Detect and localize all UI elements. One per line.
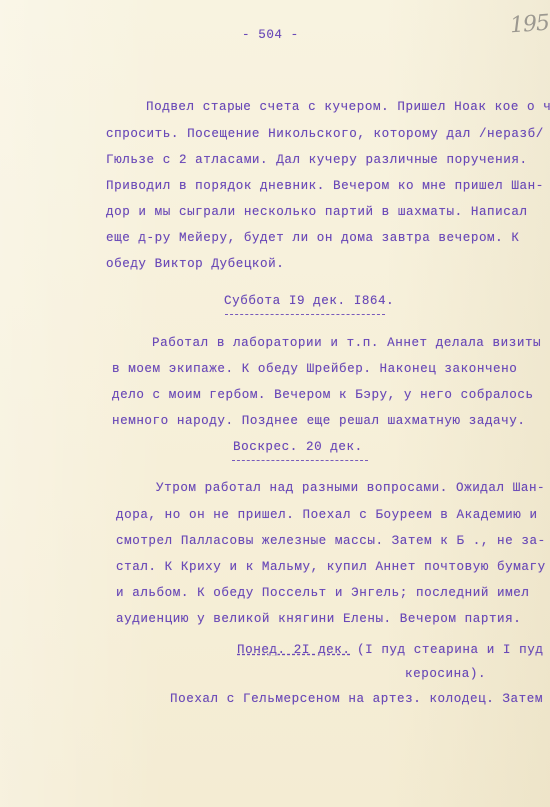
paragraph-1-line: дор и мы сыграли несколько партий в шахм…	[106, 205, 528, 219]
paragraph-1-line: Гюльзе с 2 атласами. Дал кучеру различны…	[106, 153, 528, 167]
heading-underline	[232, 460, 368, 461]
paragraph-3-line: стал. К Криху и к Мальму, купил Аннет по…	[116, 560, 546, 574]
paragraph-1-line: Приводил в порядок дневник. Вечером ко м…	[106, 179, 544, 193]
heading-monday-21-dec: Понед. 2I дек.	[237, 643, 351, 657]
paragraph-2-line: Работал в лаборатории и т.п. Аннет делал…	[152, 336, 541, 350]
paragraph-1-line: еще д-ру Мейеру, будет ли он дома завтра…	[106, 231, 519, 245]
heading-underline	[225, 314, 385, 315]
paragraph-3-line: Утром работал над разными вопросами. Ожи…	[156, 481, 545, 495]
page-number: - 504 -	[242, 28, 299, 42]
paragraph-2-line: немного народу. Позднее еще решал шахмат…	[112, 414, 525, 428]
paragraph-3-line: аудиенцию у великой княгини Елены. Вечер…	[116, 612, 521, 626]
paragraph-3-line: смотрел Палласовы железные массы. Затем …	[116, 534, 546, 548]
heading-note-line-2: керосина).	[405, 667, 486, 681]
heading-saturday-19-dec: Суббота I9 дек. I864.	[224, 294, 394, 308]
paragraph-1-line: обеду Виктор Дубецкой.	[106, 257, 284, 271]
paragraph-4-line: Поехал с Гельмерсеном на артез. колодец.…	[170, 692, 543, 706]
heading-sunday-20-dec: Воскрес. 20 дек.	[233, 440, 363, 454]
paragraph-1-line: Подвел старые счета с кучером. Пришел Но…	[146, 100, 550, 114]
handwritten-folio-number: 195	[509, 11, 550, 39]
paragraph-3-line: дора, но он не пришел. Поехал с Боуреем …	[116, 508, 538, 522]
paragraph-3-line: и альбом. К обеду Поссельт и Энгель; пос…	[116, 586, 529, 600]
paragraph-2-line: в моем экипаже. К обеду Шрейбер. Наконец…	[112, 362, 517, 376]
heading-note-line-1: (I пуд стеарина и I пуд	[357, 643, 543, 657]
document-page: - 504 - 195 Подвел старые счета с кучеро…	[0, 0, 550, 807]
paragraph-1-line: спросить. Посещение Никольского, котором…	[106, 127, 544, 141]
paragraph-2-line: дело с моим гербом. Вечером к Бэру, у не…	[112, 388, 534, 402]
